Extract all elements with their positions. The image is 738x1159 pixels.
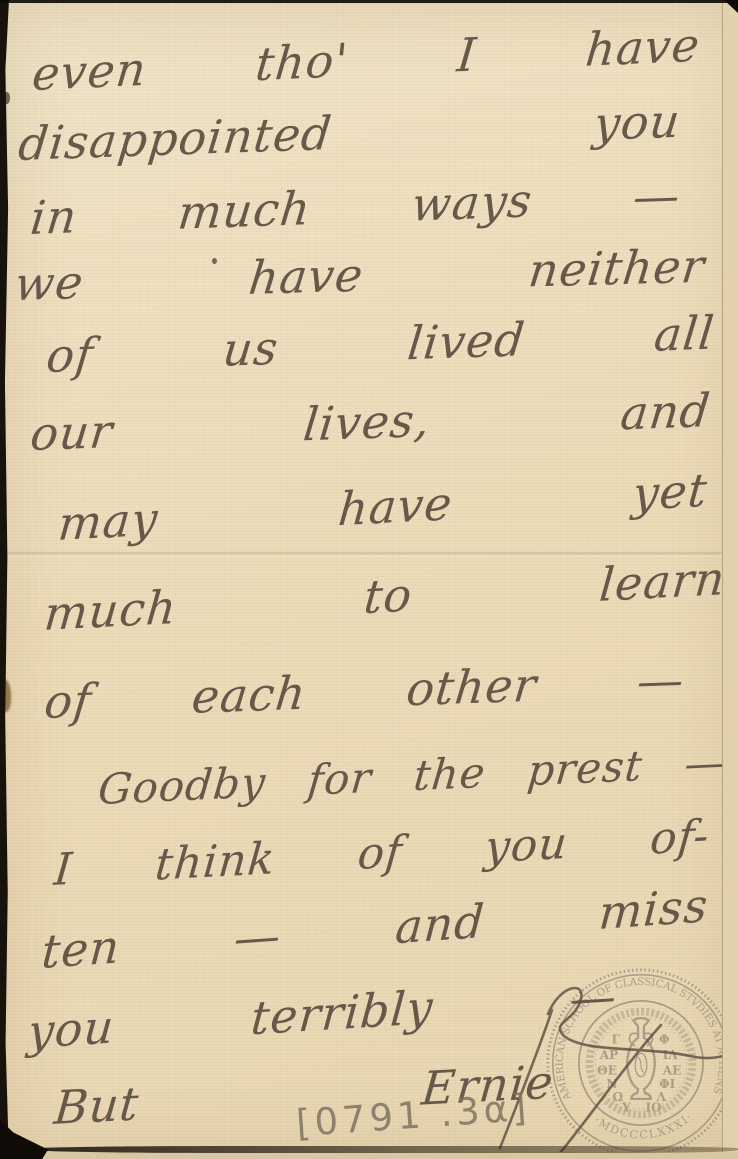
page-bottom-shadow	[20, 1146, 738, 1153]
scanner-background-strip	[0, 1152, 738, 1159]
svg-text:ΙΟ: ΙΟ	[646, 1101, 663, 1115]
ink-dot	[212, 258, 217, 264]
scan-edge-right	[722, 0, 738, 1159]
svg-text:Φ: Φ	[659, 1033, 670, 1047]
svg-text:Γ: Γ	[611, 1033, 620, 1047]
letter-scan: AMERICAN SCHOOL OF CLASSICAL STVDIES AT …	[0, 0, 738, 1159]
svg-text:Υ: Υ	[621, 1101, 631, 1115]
svg-text:ΑΡ: ΑΡ	[599, 1048, 619, 1062]
scan-edge-top	[0, 0, 738, 3]
seal-greek-letters: Γ ΑΡ ΘΕ Ν Ω Υ Φ ΙΛ ΑΕ ΦΙ Λ ΙΟ	[597, 1033, 681, 1115]
svg-text:ΘΕ: ΘΕ	[597, 1064, 617, 1078]
svg-text:ΑΕ: ΑΕ	[662, 1064, 682, 1078]
lekythos-icon	[627, 1018, 654, 1099]
svg-text:ΙΛ: ΙΛ	[663, 1048, 679, 1062]
